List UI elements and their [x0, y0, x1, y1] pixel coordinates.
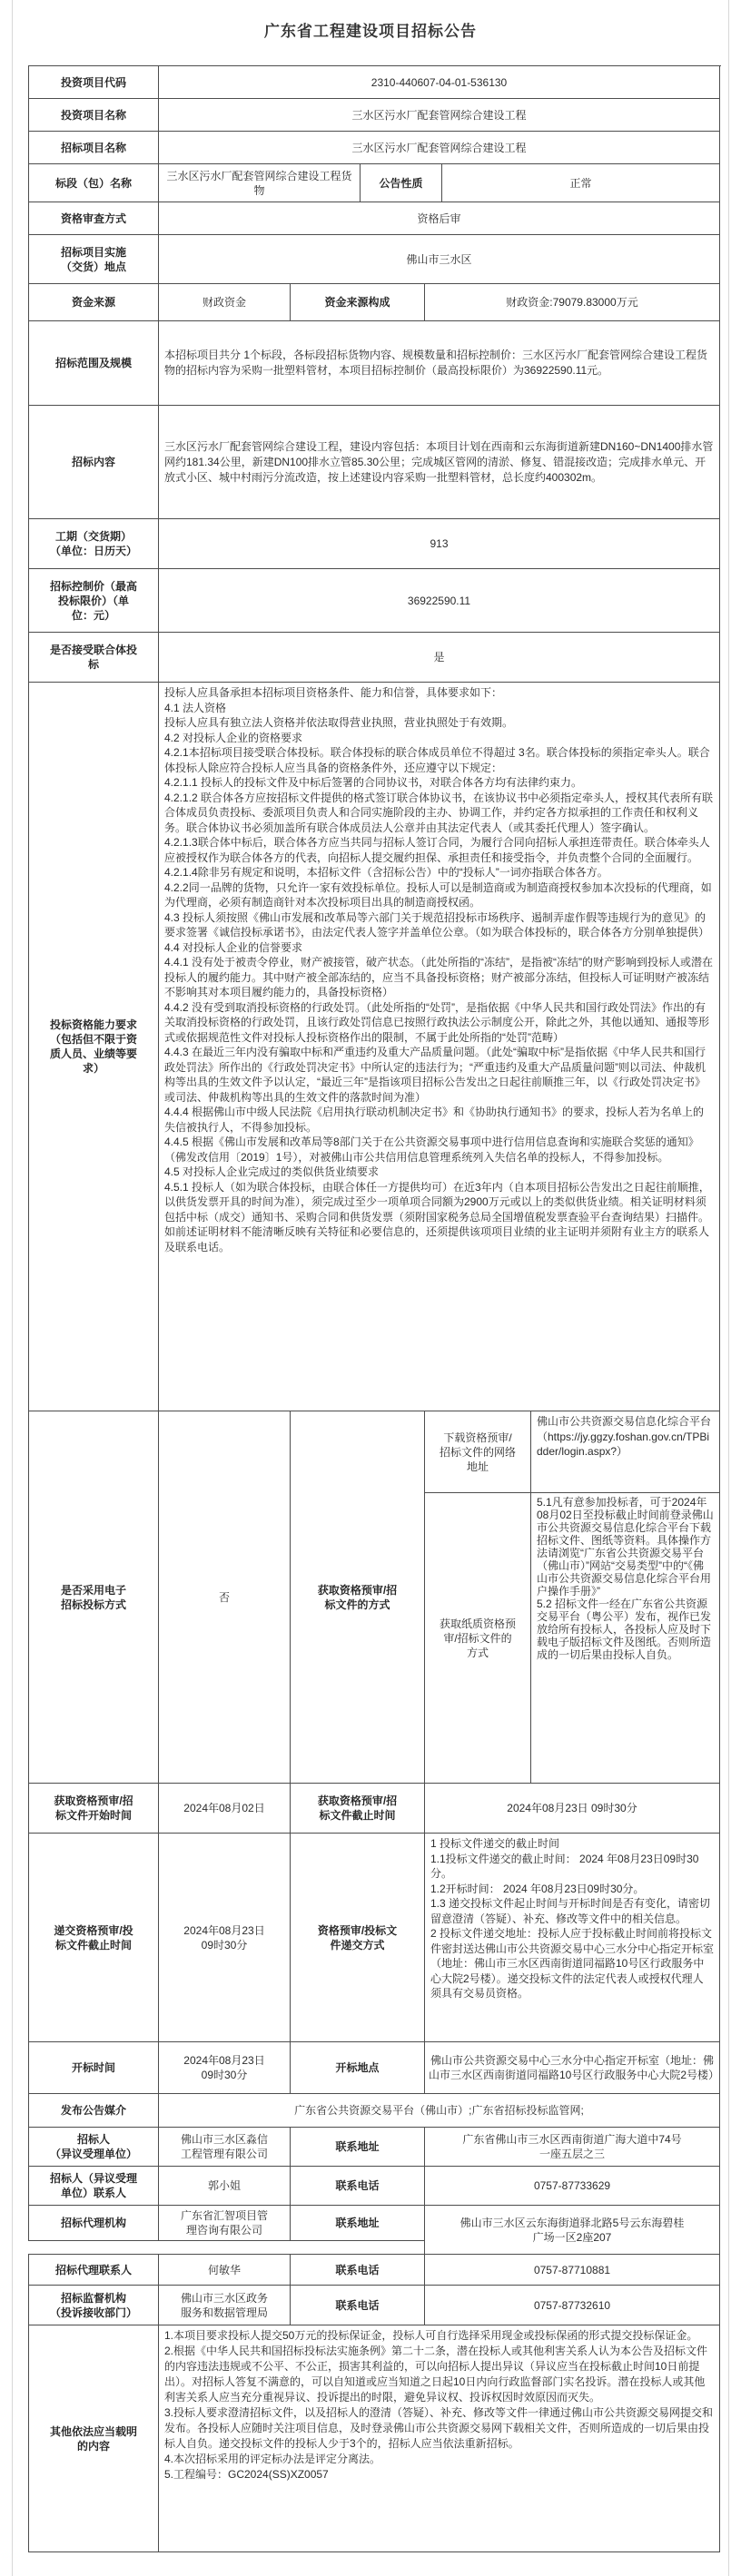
submit-method-value: 1 投标文件递交的截止时间 1.1投标文件递交的截止时间： 2024 年08月2… — [425, 1834, 720, 2042]
media-label: 发布公告媒介 — [28, 2094, 159, 2128]
tenderer-phone-value: 0757-87733629 — [425, 2167, 720, 2206]
row-opening: 开标时间 2024年08月23日 09时30分 开标地点 佛山市公共资源交易中心… — [28, 2042, 721, 2094]
obtain-end-label: 获取资格预审/招 标文件截止时间 — [291, 1784, 425, 1834]
media-value: 广东省公共资源交易平台（佛山市）;广东省招标投标监管网; — [159, 2094, 720, 2128]
obtain-start-label: 获取资格预审/招 标文件开始时间 — [28, 1784, 159, 1834]
agency-addr-label: 联系地址 — [291, 2206, 425, 2241]
supervisor-phone-label: 联系电话 — [291, 2286, 425, 2325]
row-section: 标段（包）名称 三水区污水厂配套管网综合建设工程货物 公告性质 正常 — [28, 164, 721, 202]
row-location: 招标项目实施 （交货）地点 佛山市三水区 — [28, 235, 721, 284]
tenderer-value: 佛山市三水区淼信 工程管理有限公司 — [159, 2128, 291, 2167]
opening-time-label: 开标时间 — [28, 2042, 159, 2094]
row-electronic: 是否采用电子 招标投标方式 否 获取资格预审/招 标文件的方式 下载资格预审/ … — [28, 1411, 721, 1784]
consortium-label: 是否接受联合体投 标 — [28, 633, 159, 683]
download-url-label: 下载资格预审/ 招标文件的网络 地址 — [425, 1411, 531, 1493]
ceiling-label: 招标控制价（最高 投标限价）（单 位：元） — [28, 569, 159, 633]
tender-name-label: 招标项目名称 — [28, 132, 159, 164]
announcement-table: 投资项目代码 2310-440607-04-01-536130 投资项目名称 三… — [28, 65, 721, 2552]
scope-value: 本招标项目共分 1个标段，各标段招标货物内容、规模数量和招标控制价：三水区污水厂… — [159, 321, 720, 406]
row-invest-name: 投资项目名称 三水区污水厂配套管网综合建设工程 — [28, 99, 721, 132]
location-label: 招标项目实施 （交货）地点 — [28, 235, 159, 284]
supervisor-value: 佛山市三水区政务 服务和数据管理局 — [159, 2286, 291, 2325]
supervisor-label: 招标监督机构 （投诉接收部门） — [28, 2286, 159, 2325]
paper-method-value: 5.1凡有意参加投标者，可于2024年08月02日至投标截止时间前登录佛山市公共… — [531, 1493, 720, 1784]
row-agency-contact: 招标代理联系人 何敏华 联系电话 0757-87710881 — [28, 2255, 721, 2286]
row-tenderer-contact: 招标人（异议受理 单位）联系人 郭小姐 联系电话 0757-87733629 — [28, 2167, 721, 2206]
row-scope: 招标范围及规模 本招标项目共分 1个标段，各标段招标货物内容、规模数量和招标控制… — [28, 321, 721, 406]
download-url-value: 佛山市公共资源交易信息化综合平台 （https://jy.ggzy.foshan… — [531, 1411, 720, 1493]
row-consortium: 是否接受联合体投 标 是 — [28, 633, 721, 683]
location-value: 佛山市三水区 — [159, 235, 720, 284]
duration-label: 工期（交货期） （单位：日历天） — [28, 519, 159, 569]
notice-nature-value: 正常 — [442, 164, 720, 202]
funding-label: 资金来源 — [28, 284, 159, 321]
obtain-end-value: 2024年08月23日 09时30分 — [425, 1784, 720, 1834]
agency-contact-label: 招标代理联系人 — [28, 2255, 159, 2286]
tenderer-label: 招标人 （异议受理单位） — [28, 2128, 159, 2167]
paper-method-label: 获取纸质资格预 审/招标文件的 方式 — [425, 1493, 531, 1784]
invest-name-value: 三水区污水厂配套管网综合建设工程 — [159, 99, 720, 132]
row-tenderer: 招标人 （异议受理单位） 佛山市三水区淼信 工程管理有限公司 联系地址 广东省佛… — [28, 2128, 721, 2167]
row-media: 发布公告媒介 广东省公共资源交易平台（佛山市）;广东省招标投标监管网; — [28, 2094, 721, 2128]
tenderer-addr-label: 联系地址 — [291, 2128, 425, 2167]
submit-deadline-label: 递交资格预审/投 标文件截止时间 — [28, 1834, 159, 2042]
obtain-method-label: 获取资格预审/招 标文件的方式 — [291, 1411, 425, 1784]
row-ceiling: 招标控制价（最高 投标限价）（单 位：元） 36922590.11 — [28, 569, 721, 633]
tenderer-contact-value: 郭小姐 — [159, 2167, 291, 2206]
electronic-label: 是否采用电子 招标投标方式 — [28, 1411, 159, 1784]
ceiling-value: 36922590.11 — [159, 569, 720, 633]
section-value: 三水区污水厂配套管网综合建设工程货物 — [159, 164, 361, 202]
agency-phone-value: 0757-87710881 — [425, 2255, 720, 2286]
tenderer-phone-label: 联系电话 — [291, 2167, 425, 2206]
row-duration: 工期（交货期） （单位：日历天） 913 — [28, 519, 721, 569]
notice-nature-label: 公告性质 — [361, 164, 442, 202]
row-project-code: 投资项目代码 2310-440607-04-01-536130 — [28, 66, 721, 99]
page-frame-right — [728, 0, 729, 2576]
qual-method-label: 资格审查方式 — [28, 202, 159, 235]
row-content: 招标内容 三水区污水厂配套管网综合建设工程，建设内容包括：本项目计划在西南和云东… — [28, 406, 721, 519]
funding-comp-label: 资金来源构成 — [291, 284, 425, 321]
project-code-label: 投资项目代码 — [28, 66, 159, 99]
submit-deadline-value: 2024年08月23日 09时30分 — [159, 1834, 291, 2042]
qualification-label: 投标资格能力要求 （包括但不限于资 质人员、业绩等要 求） — [28, 683, 159, 1411]
row-obtain-time: 获取资格预审/招 标文件开始时间 2024年08月02日 获取资格预审/招 标文… — [28, 1784, 721, 1834]
agency-addr-value: 佛山市三水区云东海街道驿北路5号云东海碧桂 广场一区2座207 — [425, 2206, 720, 2255]
row-agency: 招标代理机构 广东省汇智项目管 理咨询有限公司 联系地址 佛山市三水区云东海街道… — [28, 2206, 721, 2255]
row-submit: 递交资格预审/投 标文件截止时间 2024年08月23日 09时30分 资格预审… — [28, 1834, 721, 2042]
tenderer-addr-value: 广东省佛山市三水区西南街道广海大道中74号 一座五层之三 — [425, 2128, 720, 2167]
scope-label: 招标范围及规模 — [28, 321, 159, 406]
content-label: 招标内容 — [28, 406, 159, 519]
agency-phone-label: 联系电话 — [291, 2255, 425, 2286]
row-qualification: 投标资格能力要求 （包括但不限于资 质人员、业绩等要 求） 投标人应具备承担本招… — [28, 683, 721, 1411]
agency-contact-value: 何敏华 — [159, 2255, 291, 2286]
tenderer-contact-label: 招标人（异议受理 单位）联系人 — [28, 2167, 159, 2206]
other-value: 1.本项目要求投标人提交50万元的投标保证金，投标人可自行选择采用现金或投标保函… — [159, 2325, 720, 2552]
opening-place-value: 佛山市公共资源交易中心三水分中心指定开标室（地址：佛山市三水区西南街道同福路10… — [425, 2042, 720, 2094]
tender-name-value: 三水区污水厂配套管网综合建设工程 — [159, 132, 720, 164]
page-title: 广东省工程建设项目招标公告 — [0, 18, 741, 41]
opening-place-label: 开标地点 — [291, 2042, 425, 2094]
funding-value: 财政资金 — [159, 284, 291, 321]
content-value: 三水区污水厂配套管网综合建设工程，建设内容包括：本项目计划在西南和云东海街道新建… — [159, 406, 720, 519]
project-code-value: 2310-440607-04-01-536130 — [159, 66, 720, 99]
duration-value: 913 — [159, 519, 720, 569]
qual-method-value: 资格后审 — [159, 202, 720, 235]
agency-label: 招标代理机构 — [28, 2206, 159, 2241]
row-funding: 资金来源 财政资金 资金来源构成 财政资金:79079.83000万元 — [28, 284, 721, 321]
row-qual-method: 资格审查方式 资格后审 — [28, 202, 721, 235]
row-supervisor: 招标监督机构 （投诉接收部门） 佛山市三水区政务 服务和数据管理局 联系电话 0… — [28, 2286, 721, 2325]
supervisor-phone-value: 0757-87732610 — [425, 2286, 720, 2325]
opening-time-value: 2024年08月23日 09时30分 — [159, 2042, 291, 2094]
agency-value: 广东省汇智项目管 理咨询有限公司 — [159, 2206, 291, 2241]
qualification-value: 投标人应具备承担本招标项目资格条件、能力和信誉，具体要求如下： 4.1 法人资格… — [159, 683, 720, 1411]
tender-announcement-page: 广东省工程建设项目招标公告 投资项目代码 2310-440607-04-01-5… — [0, 0, 741, 2576]
row-other: 其他依法应当载明 的内容 1.本项目要求投标人提交50万元的投标保证金，投标人可… — [28, 2325, 721, 2552]
other-label: 其他依法应当载明 的内容 — [28, 2325, 159, 2552]
funding-comp-value: 财政资金:79079.83000万元 — [425, 284, 720, 321]
electronic-value: 否 — [159, 1411, 291, 1784]
page-frame-left — [12, 0, 13, 2576]
table-section-gap — [28, 2241, 425, 2255]
consortium-value: 是 — [159, 633, 720, 683]
submit-method-label: 资格预审/投标文 件递交方式 — [291, 1834, 425, 2042]
invest-name-label: 投资项目名称 — [28, 99, 159, 132]
obtain-start-value: 2024年08月02日 — [159, 1784, 291, 1834]
section-label: 标段（包）名称 — [28, 164, 159, 202]
row-tender-name: 招标项目名称 三水区污水厂配套管网综合建设工程 — [28, 132, 721, 164]
